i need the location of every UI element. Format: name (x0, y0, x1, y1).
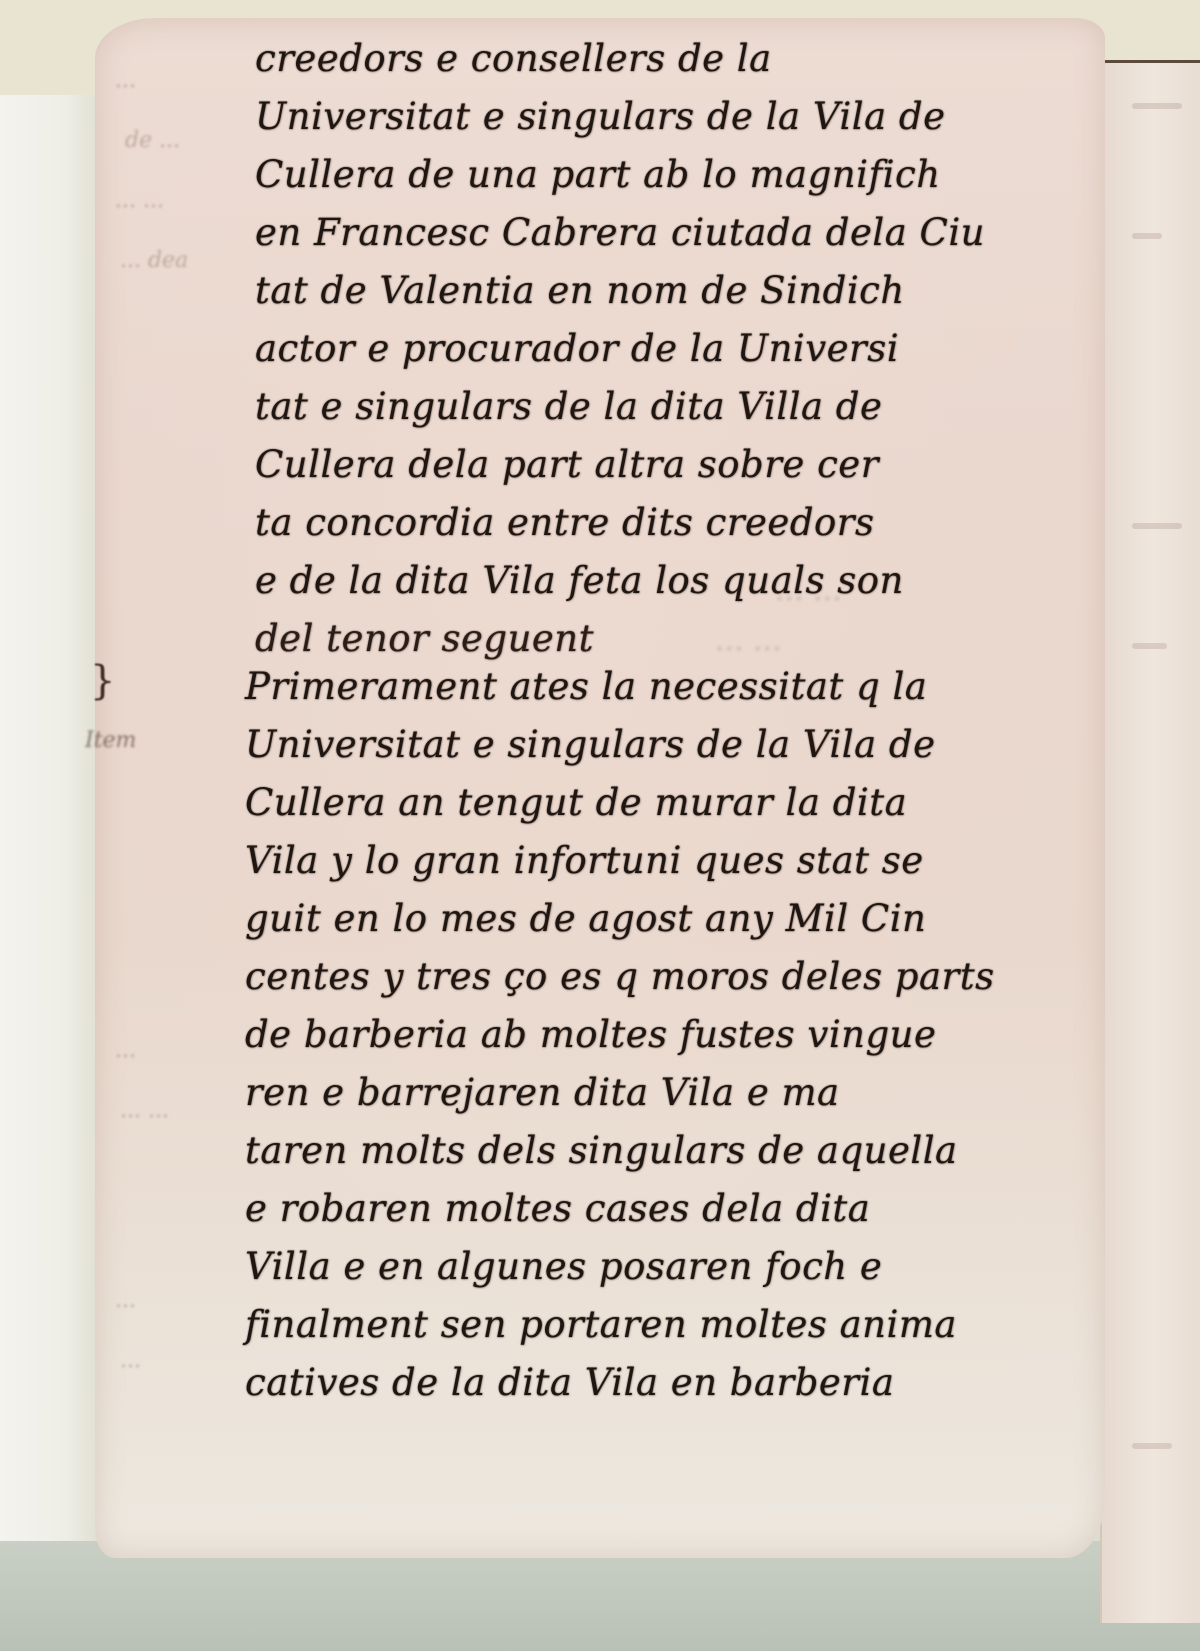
faded-word: de ... (125, 128, 180, 153)
faded-word: ... (115, 1038, 136, 1063)
manuscript-line: tat de Valentia en nom de Sindich (255, 262, 1095, 320)
faint-ink-mark (1132, 1443, 1172, 1449)
manuscript-line: Universitat e singulars de la Vila de (245, 716, 1085, 774)
left-margin-faded-text: ... de ... ... ... ... dea ... ... ... .… (95, 18, 265, 1558)
manuscript-line: en Francesc Cabrera ciutada dela Ciu (255, 204, 1095, 262)
faint-ink-mark (1132, 643, 1167, 649)
main-text-section-1: creedors e consellers de la Universitat … (255, 30, 1095, 668)
manuscript-line: de barberia ab moltes fustes vingue (245, 1006, 1085, 1064)
manuscript-line: Cullera de una part ab lo magnifich (255, 146, 1095, 204)
margin-note: Item (85, 728, 136, 753)
manuscript-page: ... de ... ... ... ... dea ... ... ... .… (95, 18, 1105, 1558)
faded-word: ... (115, 1288, 136, 1313)
manuscript-line: centes y tres ço es q moros deles parts (245, 948, 1085, 1006)
manuscript-line: Vila y lo gran infortuni ques stat se (245, 832, 1085, 890)
main-text-section-2: Primerament ates la necessitat q la Univ… (245, 658, 1085, 1412)
manuscript-line: guit en lo mes de agost any Mil Cin (245, 890, 1085, 948)
facing-page-edge (1100, 60, 1200, 1623)
backdrop-white-sheet (0, 95, 110, 1555)
manuscript-line: e de la dita Vila feta los quals son (255, 552, 1095, 610)
manuscript-line: e robaren moltes cases dela dita (245, 1180, 1085, 1238)
faded-word: ... (115, 68, 136, 93)
faint-ink-mark (1132, 523, 1182, 529)
manuscript-line: tat e singulars de la dita Villa de (255, 378, 1095, 436)
manuscript-line: Cullera dela part altra sobre cer (255, 436, 1095, 494)
manuscript-line: finalment sen portaren moltes anima (245, 1296, 1085, 1354)
manuscript-line: ren e barrejaren dita Vila e ma (245, 1064, 1085, 1122)
manuscript-line: catives de la dita Vila en barberia (245, 1354, 1085, 1412)
manuscript-line: Primerament ates la necessitat q la (245, 658, 1085, 716)
faded-word: ... ... (115, 188, 164, 213)
manuscript-line: ta concordia entre dits creedors (255, 494, 1095, 552)
manuscript-line: actor e procurador de la Universi (255, 320, 1095, 378)
manuscript-line: creedors e consellers de la (255, 30, 1095, 88)
faded-word: ... (120, 1348, 141, 1373)
manuscript-line: Cullera an tengut de murar la dita (245, 774, 1085, 832)
manuscript-line: taren molts dels singulars de aquella (245, 1122, 1085, 1180)
manuscript-line: Villa e en algunes posaren foch e (245, 1238, 1085, 1296)
faded-word: ... ... (120, 1098, 169, 1123)
manuscript-line: Universitat e singulars de la Vila de (255, 88, 1095, 146)
faded-word: ... dea (120, 248, 188, 273)
faint-ink-mark (1132, 103, 1182, 109)
faint-ink-mark (1132, 233, 1162, 239)
margin-bracket-mark: } (90, 658, 115, 704)
